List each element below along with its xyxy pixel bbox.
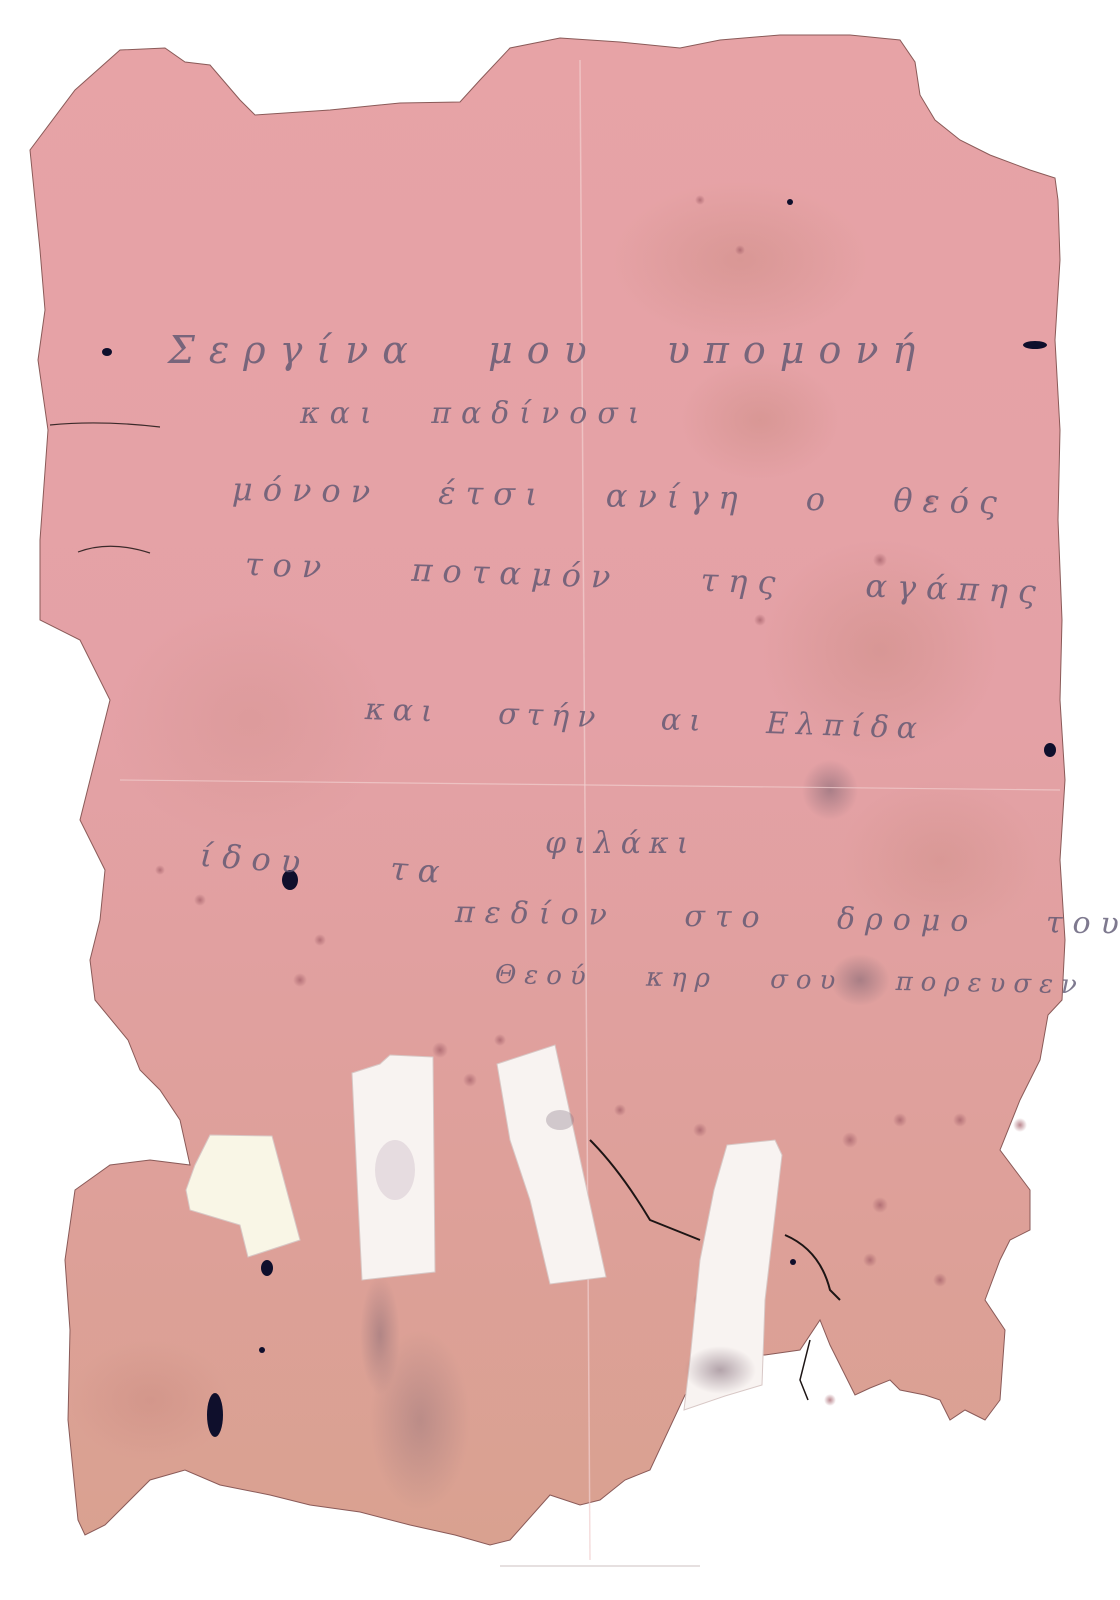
letter-line-6: φιλάκι [545, 826, 696, 861]
paper-sheet [0, 0, 1120, 1600]
scanned-letter: Σεργίνα μου υπομονή και παδίνοσι μόνον έ… [0, 0, 1120, 1600]
letter-line-1: Σεργίνα μου υπομονή [168, 328, 929, 372]
letter-line-2: και παδίνοσι [300, 396, 650, 431]
scan-artifact [500, 1565, 700, 1567]
